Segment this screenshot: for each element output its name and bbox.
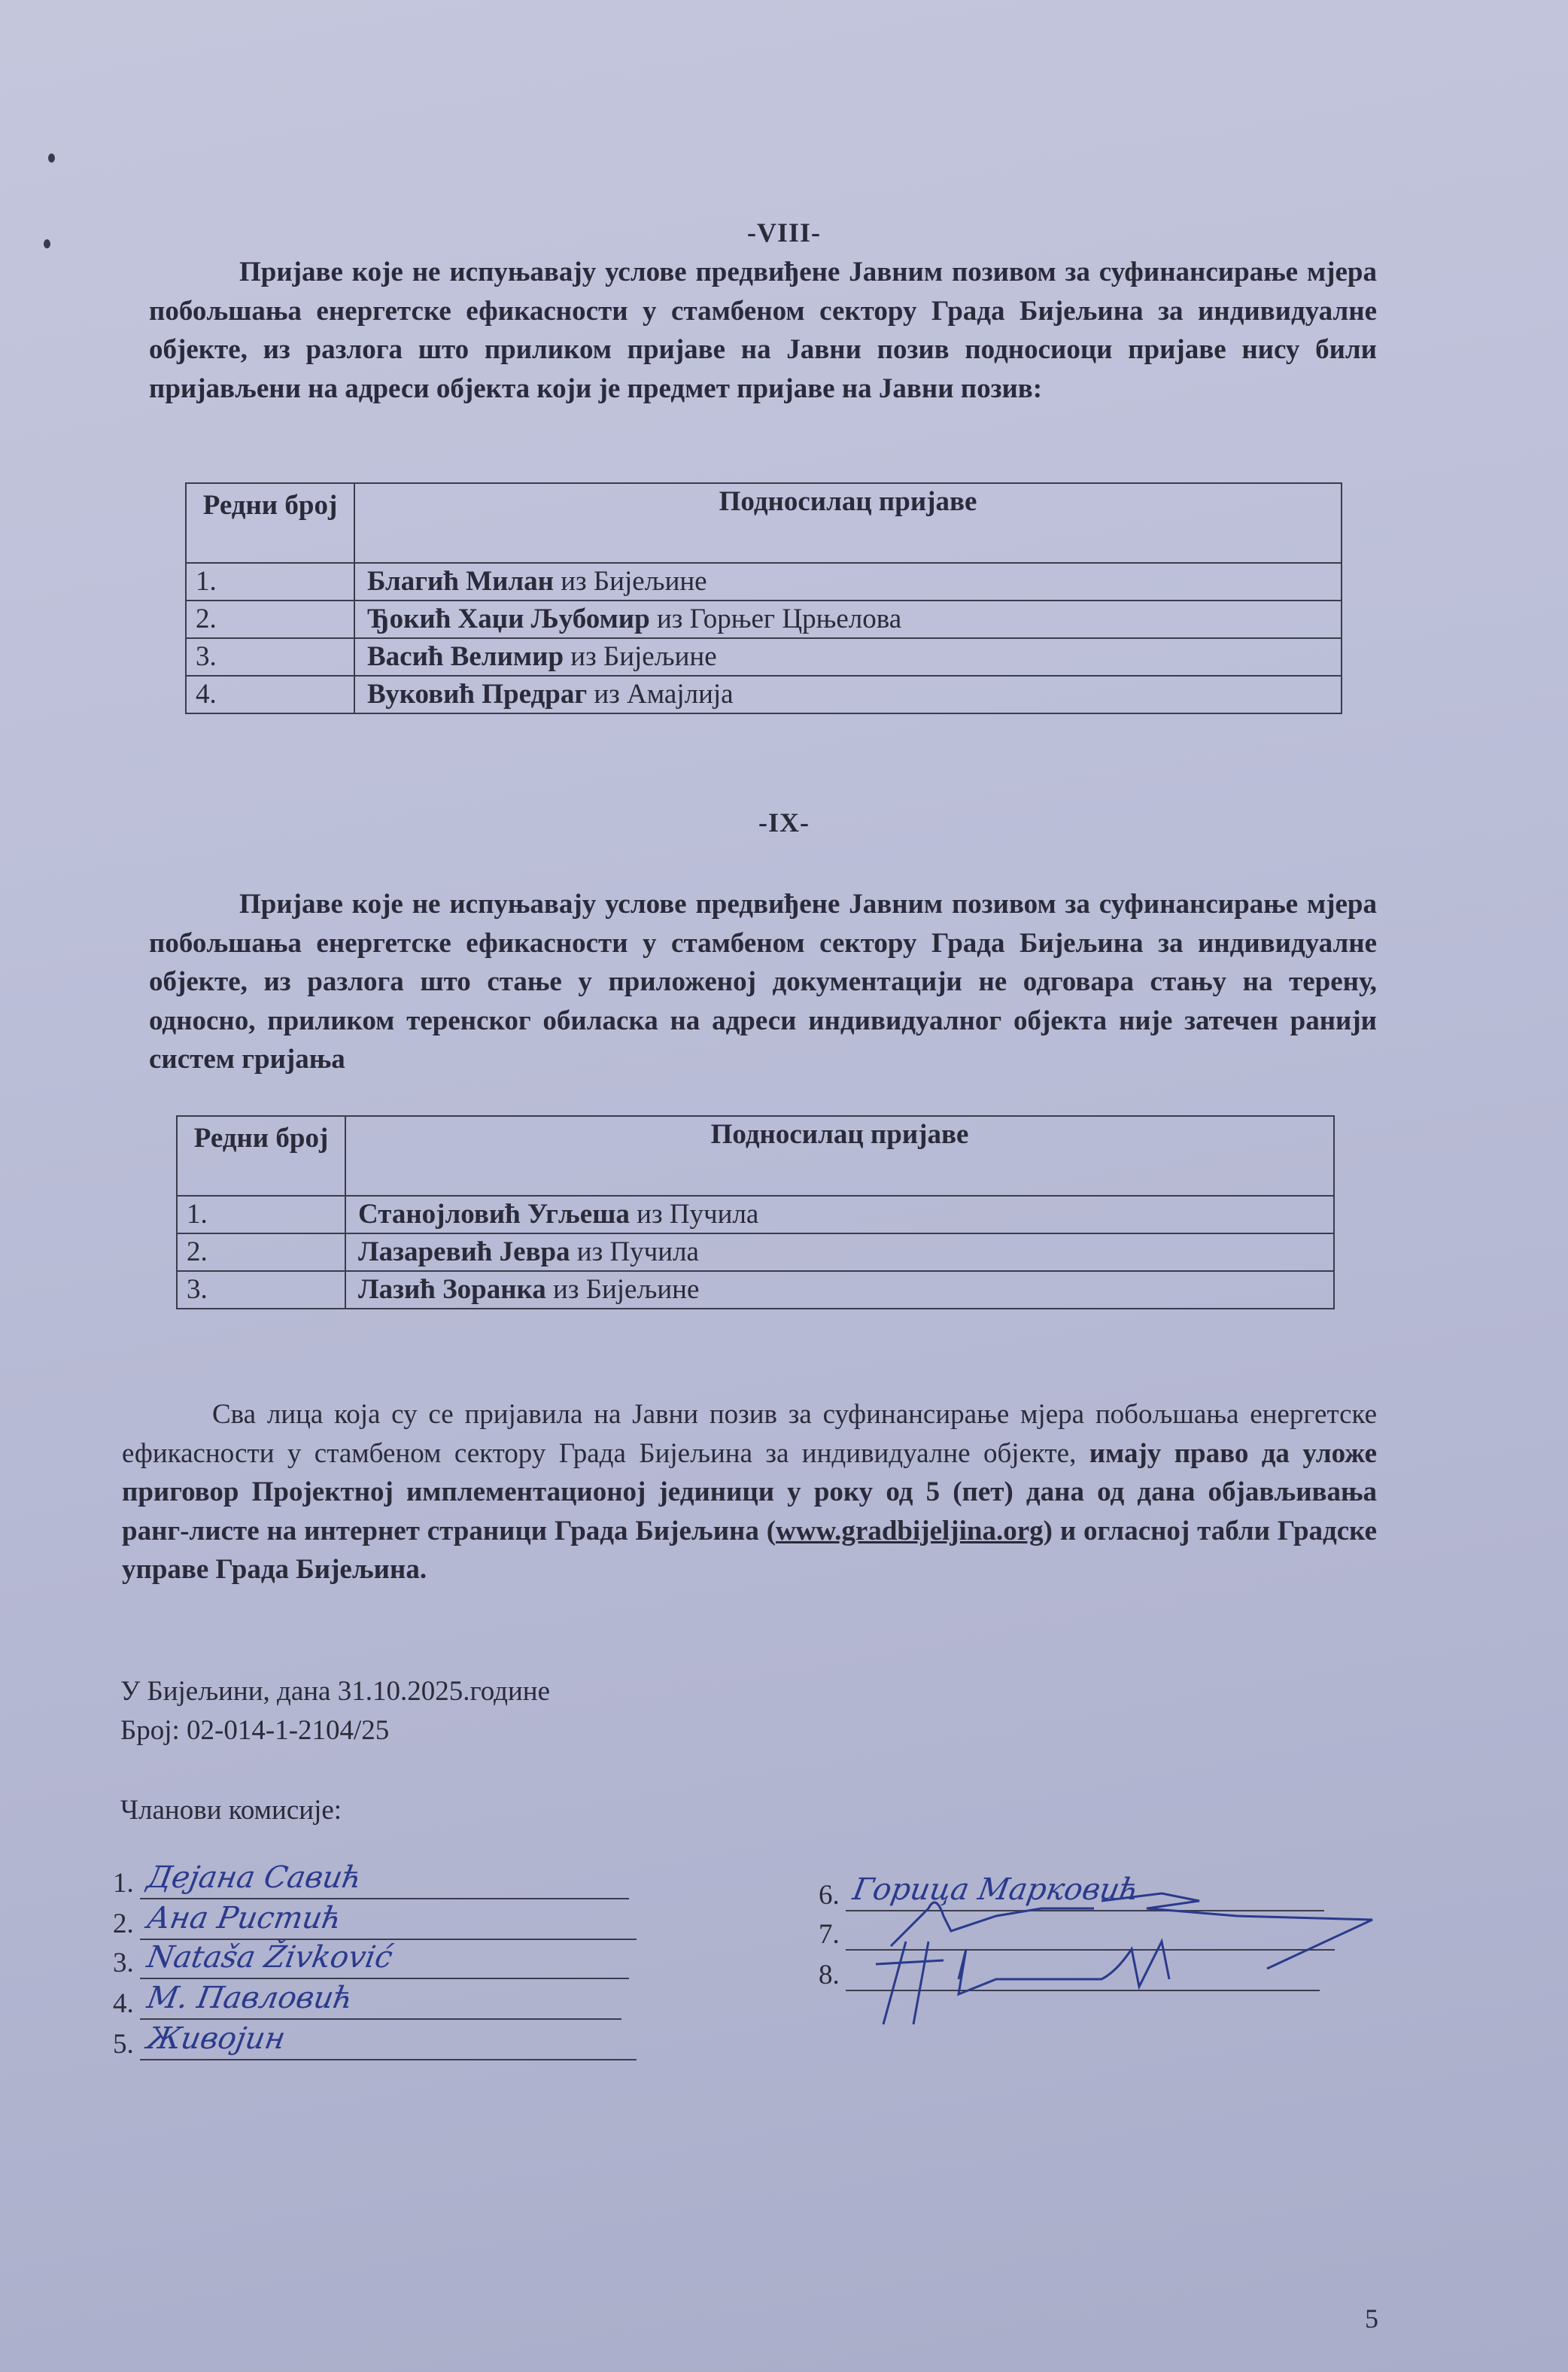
applicant-name: Лазић Зоранка [358,1274,546,1305]
applicant-place: из Горњег Црњелова [650,604,901,634]
applicant-place: из Пучила [630,1199,758,1230]
signature-line-4: 4. М. Павловић [113,1985,621,2020]
place-and-date: У Бијељини, дана 31.10.2025.године [120,1672,550,1711]
signature-field: Дејана Савић [140,1865,629,1899]
signature-field [846,1957,1320,1991]
applicant-cell: Лазаревић Јевра из Пучила [345,1233,1334,1271]
row-number: 2. [177,1233,345,1271]
signature-number: 5. [113,2028,140,2060]
applicant-cell: Благић Милан из Бијељине [354,563,1342,601]
applicant-name: Ђокић Хаџи Љубомир [367,604,650,634]
table-row: 1. Станојловић Угљеша из Пучила [177,1196,1334,1233]
signature-line-5: 5. Живојин [113,2026,637,2060]
signature-field: Ана Ристић [140,1905,637,1940]
signature-number: 2. [113,1908,140,1940]
row-number: 3. [186,638,354,676]
signature-number: 7. [819,1918,846,1951]
applicant-place: из Бијељине [546,1274,700,1305]
applicant-cell: Васић Велимир из Бијељине [354,638,1342,676]
document-number: Број: 02-014-1-2104/25 [120,1711,389,1750]
table-header-row: Редни број Подносилац пријаве [186,483,1342,563]
handwritten-signature: М. Павловић [144,1981,356,2015]
section-ix-title: -IX- [0,807,1568,838]
applicant-place: из Пучила [570,1236,699,1267]
handwritten-signature: Живојин [144,2021,288,2056]
applicant-place: из Бијељине [554,566,707,597]
table-row: 2. Ђокић Хаџи Љубомир из Горњег Црњелова [186,601,1342,638]
section-viii-table: Редни број Подносилац пријаве 1. Благић … [185,482,1342,714]
table-row: 3. Васић Велимир из Бијељине [186,638,1342,676]
table-row: 3. Лазић Зоранка из Бијељине [177,1271,1334,1309]
applicant-name: Станојловић Угљеша [358,1199,630,1230]
website-link[interactable]: www.gradbijeljina.org [776,1516,1044,1546]
applicant-cell: Вуковић Предраг из Амајлија [354,676,1342,713]
applicant-name: Благић Милан [367,566,554,597]
applicant-name: Вуковић Предраг [367,679,587,710]
applicant-cell: Станојловић Угљеша из Пучила [345,1196,1334,1233]
handwritten-signature: Дејана Савић [144,1860,365,1895]
column-header-applicant: Подносилац пријаве [345,1116,1334,1196]
signature-field: М. Павловић [140,1985,621,2020]
handwritten-signature: Ана Ристић [144,1901,345,1936]
row-number: 1. [186,563,354,601]
row-number: 2. [186,601,354,638]
applicant-place: из Амајлија [587,679,733,710]
handwritten-signature: Nataša Živković [144,1940,395,1975]
row-number: 3. [177,1271,345,1309]
page-number: 5 [1365,2303,1378,2334]
column-header-ordinal: Редни број [177,1116,345,1196]
signature-line-1: 1. Дејана Савић [113,1865,629,1899]
applicant-name: Лазаревић Јевра [358,1236,570,1267]
section-ix-table: Редни број Подносилац пријаве 1. Станојл… [176,1115,1335,1309]
signature-number: 1. [113,1867,140,1899]
table-row: 2. Лазаревић Јевра из Пучила [177,1233,1334,1271]
table-header-row: Редни број Подносилац пријаве [177,1116,1334,1196]
section-ix-paragraph: Пријаве које не испуњавају услове предви… [149,885,1377,1079]
signature-number: 4. [113,1987,140,2020]
section-viii-title: -VIII- [0,217,1568,248]
row-number: 1. [177,1196,345,1233]
column-header-applicant: Подносилац пријаве [354,483,1342,563]
applicant-cell: Ђокић Хаџи Љубомир из Горњег Црњелова [354,601,1342,638]
signature-line-8: 8. [819,1957,1320,1991]
document-page: -VIII- Пријаве које не испуњавају услове… [0,0,1568,2372]
section-viii-paragraph: Пријаве које не испуњавају услове предви… [149,253,1377,408]
signature-number: 6. [819,1879,846,1911]
signature-line-3: 3. Nataša Živković [113,1945,629,1979]
objection-notice-paragraph: Сва лица која су се пријавила на Јавни п… [122,1395,1377,1589]
handwritten-signature-scribble [846,1926,1327,2017]
committee-label: Чланови комисије: [120,1791,342,1830]
signature-field: Nataša Živković [140,1945,629,1979]
applicant-cell: Лазић Зоранка из Бијељине [345,1271,1334,1309]
punch-hole-mark [48,154,55,163]
applicant-name: Васић Велимир [367,641,564,672]
signature-line-2: 2. Ана Ристић [113,1905,637,1940]
column-header-ordinal: Редни број [186,483,354,563]
row-number: 4. [186,676,354,713]
applicant-place: из Бијељине [564,641,717,672]
signature-field: Живојин [140,2026,637,2060]
signature-number: 8. [819,1959,846,1991]
table-row: 1. Благић Милан из Бијељине [186,563,1342,601]
signature-number: 3. [113,1947,140,1979]
table-row: 4. Вуковић Предраг из Амајлија [186,676,1342,713]
